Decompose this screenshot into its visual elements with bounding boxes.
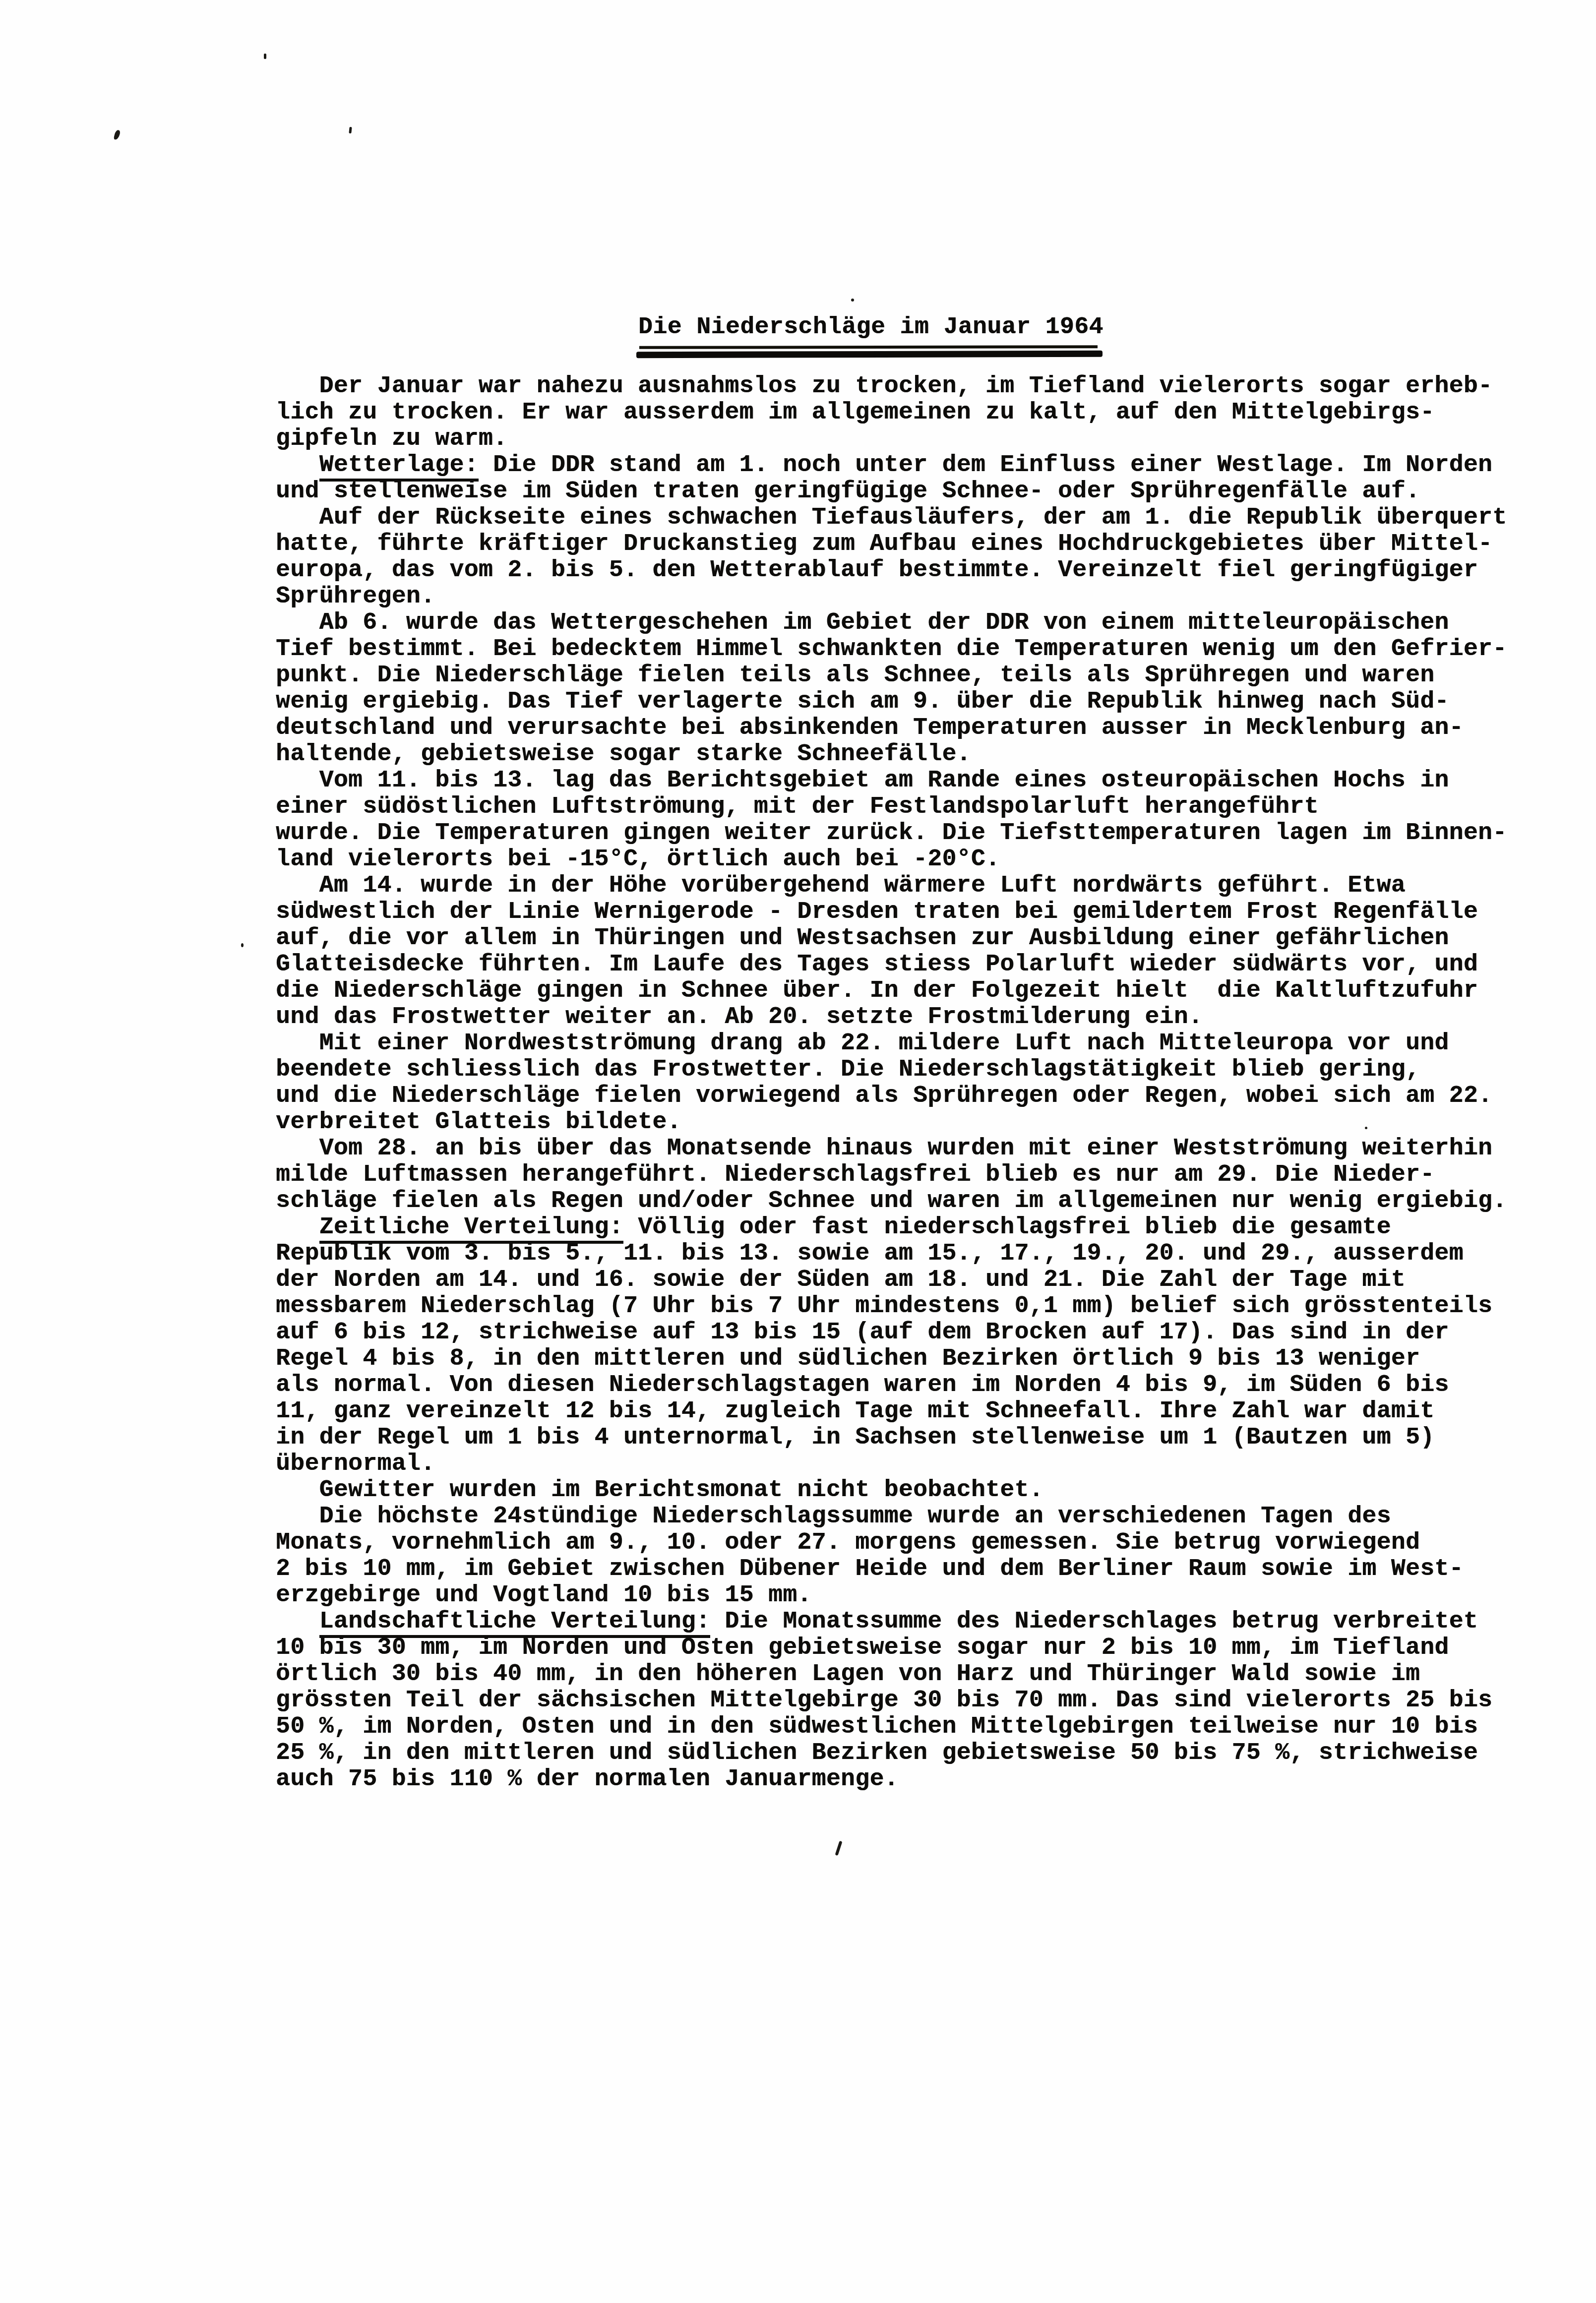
text-line: in der Regel um 1 bis 4 unternormal, in … <box>276 1425 1507 1451</box>
title-underline-thin <box>639 345 1098 349</box>
text-line: 25 %, in den mittleren und südlichen Bez… <box>276 1740 1507 1766</box>
text-line: und die Niederschläge fielen vorwiegend … <box>276 1083 1507 1109</box>
text-line: übernormal. <box>276 1451 1507 1477</box>
text-line: hatte, führte kräftiger Druckanstieg zum… <box>276 531 1507 557</box>
underlined-heading: Zeitliche Verteilung: <box>319 1214 623 1244</box>
document-title: Die Niederschläge im Januar 1964 <box>638 314 1104 340</box>
scanned-document: { "document": { "title": "Die Niederschl… <box>0 0 1596 2303</box>
scan-artifact <box>851 299 854 302</box>
text-line: messbarem Niederschlag (7 Uhr bis 7 Uhr … <box>276 1293 1507 1320</box>
text-line: Der Januar war nahezu ausnahmslos zu tro… <box>276 373 1507 400</box>
text-line: auf, die vor allem in Thüringen und West… <box>276 925 1507 952</box>
text-line: Mit einer Nordwestströmung drang ab 22. … <box>276 1030 1507 1057</box>
text-line: und stellenweise im Süden traten geringf… <box>276 479 1507 505</box>
text-line: land vielerorts bei -15°C, örtlich auch … <box>276 847 1507 873</box>
text-line: schläge fielen als Regen und/oder Schnee… <box>276 1188 1507 1214</box>
text-line: punkt. Die Niederschläge fielen teils al… <box>276 663 1507 689</box>
text-line: auf 6 bis 12, strichweise auf 13 bis 15 … <box>276 1320 1507 1346</box>
text-line: wenig ergiebig. Das Tief verlagerte sich… <box>276 689 1507 715</box>
underlined-heading: Wetterlage: <box>319 452 479 482</box>
scan-artifact <box>241 943 244 947</box>
text-line: und das Frostwetter weiter an. Ab 20. se… <box>276 1004 1507 1030</box>
text-line: örtlich 30 bis 40 mm, in den höheren Lag… <box>276 1661 1507 1688</box>
text-line: Wetterlage: Die DDR stand am 1. noch unt… <box>276 452 1507 479</box>
document-page: Die Niederschläge im Januar 1964 Der Jan… <box>0 0 1596 2303</box>
text-line: südwestlich der Linie Wernigerode - Dres… <box>276 899 1507 925</box>
text-line: haltende, gebietsweise sogar starke Schn… <box>276 741 1507 768</box>
scan-artifact <box>264 54 266 59</box>
text-line: Vom 28. an bis über das Monatsende hinau… <box>276 1136 1507 1162</box>
text-line: einer südöstlichen Luftströmung, mit der… <box>276 794 1507 820</box>
text-line: 11, ganz vereinzelt 12 bis 14, zugleich … <box>276 1398 1507 1425</box>
underlined-heading: Landschaftliche Verteilung: <box>319 1608 711 1638</box>
text-line: grössten Teil der sächsischen Mittelgebi… <box>276 1688 1507 1714</box>
text-line: Regel 4 bis 8, in den mittleren und südl… <box>276 1346 1507 1372</box>
text-line: erzgebirge und Vogtland 10 bis 15 mm. <box>276 1582 1507 1609</box>
text-line: der Norden am 14. und 16. sowie der Süde… <box>276 1267 1507 1293</box>
title-underline-thick <box>636 351 1103 358</box>
text-line: Auf der Rückseite eines schwachen Tiefau… <box>276 505 1507 531</box>
scan-artifact <box>349 127 352 133</box>
text-line: Landschaftliche Verteilung: Die Monatssu… <box>276 1609 1507 1635</box>
text-line: auch 75 bis 110 % der normalen Januarmen… <box>276 1766 1507 1793</box>
text-line: beendete schliesslich das Frostwetter. D… <box>276 1057 1507 1083</box>
text-line: Zeitliche Verteilung: Völlig oder fast n… <box>276 1214 1507 1241</box>
text-line: Gewitter wurden im Berichtsmonat nicht b… <box>276 1477 1507 1504</box>
text-line: Am 14. wurde in der Höhe vorübergehend w… <box>276 873 1507 899</box>
text-line: 2 bis 10 mm, im Gebiet zwischen Dübener … <box>276 1556 1507 1582</box>
scan-artifact <box>835 1841 843 1856</box>
text-line: milde Luftmassen herangeführt. Niedersch… <box>276 1162 1507 1188</box>
text-line: als normal. Von diesen Niederschlagstage… <box>276 1372 1507 1398</box>
scan-artifact <box>1365 1127 1367 1129</box>
text-line: wurde. Die Temperaturen gingen weiter zu… <box>276 820 1507 847</box>
text-line: Die höchste 24stündige Niederschlagssumm… <box>276 1504 1507 1530</box>
text-line: Vom 11. bis 13. lag das Berichtsgebiet a… <box>276 768 1507 794</box>
text-line: Monats, vornehmlich am 9., 10. oder 27. … <box>276 1530 1507 1556</box>
text-line: 50 %, im Norden, Osten und in den südwes… <box>276 1714 1507 1740</box>
text-line: Sprühregen. <box>276 584 1507 610</box>
text-line: gipfeln zu warm. <box>276 426 1507 452</box>
text-line: europa, das vom 2. bis 5. den Wetterabla… <box>276 557 1507 584</box>
text-line: Ab 6. wurde das Wettergeschehen im Gebie… <box>276 610 1507 636</box>
scan-artifact <box>114 129 121 140</box>
text-line: Glatteisdecke führten. Im Laufe des Tage… <box>276 952 1507 978</box>
document-body-text: Der Januar war nahezu ausnahmslos zu tro… <box>276 373 1507 1793</box>
text-line: verbreitet Glatteis bildete. <box>276 1109 1507 1136</box>
text-line: lich zu trocken. Er war ausserdem im all… <box>276 400 1507 426</box>
text-line: 10 bis 30 mm, im Norden und Osten gebiet… <box>276 1635 1507 1661</box>
text-line: Republik vom 3. bis 5., 11. bis 13. sowi… <box>276 1241 1507 1267</box>
text-line: deutschland und verursachte bei absinken… <box>276 715 1507 741</box>
text-line: die Niederschläge gingen in Schnee über.… <box>276 978 1507 1004</box>
text-line: Tief bestimmt. Bei bedecktem Himmel schw… <box>276 636 1507 663</box>
